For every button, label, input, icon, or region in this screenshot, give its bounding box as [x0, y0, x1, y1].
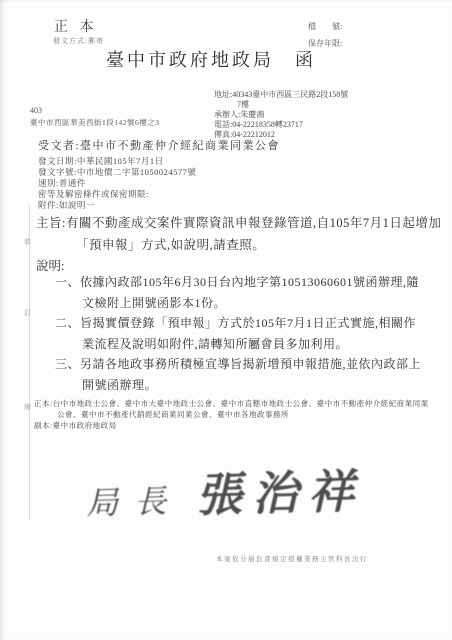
explanation-item-3: 三、另請各地政事務所積極宣導旨揭新增預申報措施,並依內政部上開號函辦理。	[55, 354, 427, 395]
security-class: 密等及解密條件或保密期限:	[38, 189, 196, 200]
file-number-label: 檔 號:	[308, 18, 342, 35]
copy-recipients: 副本:臺中市政府地政局	[34, 421, 432, 432]
signature-title: 局長	[86, 483, 183, 522]
subject-text: 有關不動產成交案件實際資訊申報登錄管道,自105年7月1日起增加「預申報」方式,…	[66, 216, 441, 252]
agency-contact-person: 承辦人:朱慶鴻	[214, 110, 348, 120]
recipient-zip: 403	[30, 106, 42, 115]
original-list: 台中市地政士公會、臺中市大臺中地政士公會、臺中市直轄市地政士公會、臺中市不動產仲…	[53, 399, 429, 419]
delegation-footer-note: 本案依分層負責規定授權業務主管科長決行	[216, 554, 368, 563]
original-label: 正本:	[34, 399, 53, 408]
binding-mark-ding: 訂	[24, 308, 31, 318]
recipient-line: 受文者:臺中市不動產仲介經紀商業同業公會	[38, 137, 280, 153]
item-text: 依據內政部105年6月30日台內地字第10513060601號函辦理,隨文檢附上…	[80, 275, 419, 310]
issue-date: 發文日期:中華民國105年7月1日	[38, 156, 196, 167]
delivery-method-label: 發文方式:郵寄	[53, 36, 104, 46]
explanation-items: 一、依據內政部105年6月30日台內地字第10513060601號函辦理,隨文檢…	[55, 272, 427, 395]
subject-label: 主旨:	[36, 216, 66, 230]
agency-address-line1: 地址:40343臺中市西區三民路2段158號	[214, 90, 348, 100]
copy-type-label: 正 本	[54, 16, 98, 36]
binding-margin-line	[29, 205, 30, 520]
agency-phone: 電話:04-22218358轉23717	[214, 120, 348, 130]
recipient-address: 臺中市西區華美西街1段142號6樓之3	[30, 117, 160, 128]
attachment-note: 附件:如說明一	[38, 200, 196, 211]
item-number: 一、	[55, 275, 80, 289]
scanned-official-letter: 正 本 發文方式:郵寄 檔 號: 保存年限: 臺中市政府地政局 函 地址:403…	[0, 0, 452, 640]
item-text: 旨揭實價登錄「預申報」方式於105年7月1日正式實施,相關作業流程及說明如附件,…	[80, 316, 416, 351]
explanation-item-2: 二、旨揭實價登錄「預申報」方式於105年7月1日正式實施,相關作業流程及說明如附…	[55, 313, 427, 354]
distribution-block: 正本:台中市地政士公會、臺中市大臺中地政士公會、臺中市直轄市地政士公會、臺中市不…	[34, 399, 432, 433]
item-number: 二、	[55, 316, 80, 330]
subject-paragraph: 主旨:有關不動產成交案件實際資訊申報登錄管道,自105年7月1日起增加「預申報」…	[36, 212, 452, 256]
director-signature: 局長張治祥	[85, 454, 407, 528]
copy-list: 臺中市政府地政局	[53, 421, 117, 430]
copy-label: 副本:	[34, 421, 53, 430]
signature-name: 張治祥	[195, 466, 364, 521]
agency-contact-block: 地址:40343臺中市西區三民路2段158號 7樓 承辦人:朱慶鴻 電話:04-…	[214, 90, 348, 140]
document-number: 發文字號:中市地價二字第1050024577號	[38, 167, 196, 178]
agency-address-line2: 7樓	[214, 100, 348, 110]
item-number: 三、	[55, 357, 80, 371]
meta-block: 發文日期:中華民國105年7月1日 發文字號:中市地價二字第1050024577…	[38, 156, 196, 211]
item-text: 另請各地政事務所積極宣導旨揭新增預申報措施,並依內政部上開號函辦理。	[80, 357, 421, 392]
speed-class: 速別:普通件	[38, 178, 196, 189]
explanation-item-1: 一、依據內政部105年6月30日台內地字第10513060601號函辦理,隨文檢…	[55, 272, 427, 313]
binding-mark-xian: 線	[24, 402, 31, 412]
original-recipients: 正本:台中市地政士公會、臺中市大臺中地政士公會、臺中市直轄市地政士公會、臺中市不…	[34, 399, 432, 420]
document-title: 臺中市政府地政局 函	[0, 46, 422, 72]
binding-mark-zhuang: 裝	[24, 237, 31, 247]
